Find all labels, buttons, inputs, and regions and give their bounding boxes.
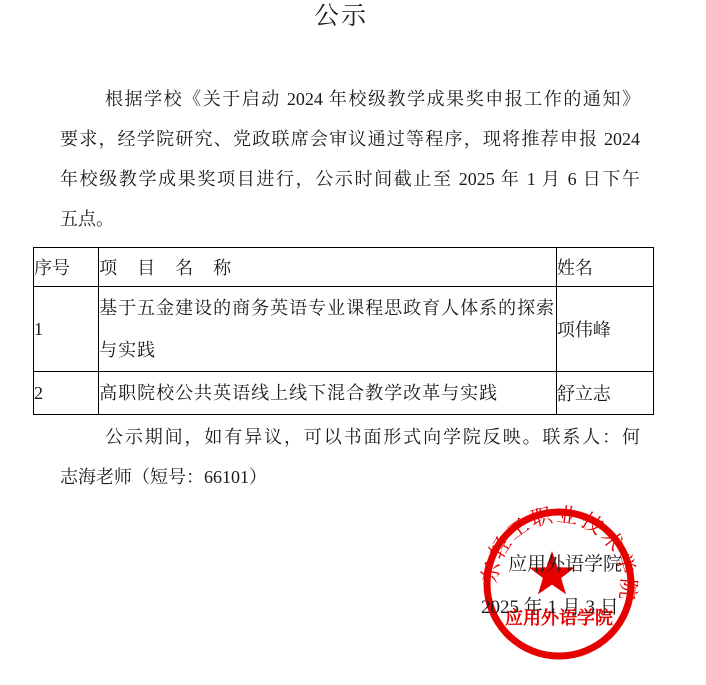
paragraph-line: 志海老师（短号：66101） xyxy=(60,457,640,497)
cell-index: 2 xyxy=(34,372,99,415)
official-seal: 东轻工职业技术学院 应用外语学院 xyxy=(474,499,644,669)
table-header-row: 序号 项目名称 姓名 xyxy=(34,248,654,287)
cell-name: 项伟峰 xyxy=(556,287,653,372)
page-title: 公示 xyxy=(0,0,682,34)
table-row: 1 基于五金建设的商务英语专业课程思政育人体系的探索与实践 项伟峰 xyxy=(34,287,654,372)
cell-index: 1 xyxy=(34,287,99,372)
document-page: 公示 根据学校《关于启动 2024 年校级教学成果奖申报工作的通知》 要求，经学… xyxy=(0,0,706,685)
signature-date: 2025 年 1 月 3 日 xyxy=(481,592,619,619)
paragraph-line: 根据学校《关于启动 2024 年校级教学成果奖申报工作的通知》 xyxy=(60,79,640,119)
contact-paragraph: 公示期间，如有异议，可以书面形式向学院反映。联系人：何 志海老师（短号：6610… xyxy=(60,417,640,497)
paragraph-line: 年校级教学成果奖项目进行，公示时间截止至 2025 年 1 月 6 日下午 xyxy=(60,159,640,199)
cell-project: 高职院校公共英语线上线下混合教学改革与实践 xyxy=(99,372,557,415)
cell-project: 基于五金建设的商务英语专业课程思政育人体系的探索与实践 xyxy=(99,287,557,372)
projects-table: 序号 项目名称 姓名 1 基于五金建设的商务英语专业课程思政育人体系的探索与实践… xyxy=(33,247,654,415)
table-row: 2 高职院校公共英语线上线下混合教学改革与实践 舒立志 xyxy=(34,372,654,415)
paragraph-line: 要求，经学院研究、党政联席会审议通过等程序，现将推荐申报 2024 xyxy=(60,119,640,159)
header-project: 项目名称 xyxy=(99,248,557,287)
signature-department: 应用外语学院 xyxy=(508,549,622,576)
header-index: 序号 xyxy=(34,248,99,287)
paragraph-line: 五点。 xyxy=(60,199,640,239)
header-name: 姓名 xyxy=(556,248,653,287)
announcement-paragraph: 根据学校《关于启动 2024 年校级教学成果奖申报工作的通知》 要求，经学院研究… xyxy=(60,79,640,239)
paragraph-line: 公示期间，如有异议，可以书面形式向学院反映。联系人：何 xyxy=(60,417,640,457)
cell-name: 舒立志 xyxy=(556,372,653,415)
